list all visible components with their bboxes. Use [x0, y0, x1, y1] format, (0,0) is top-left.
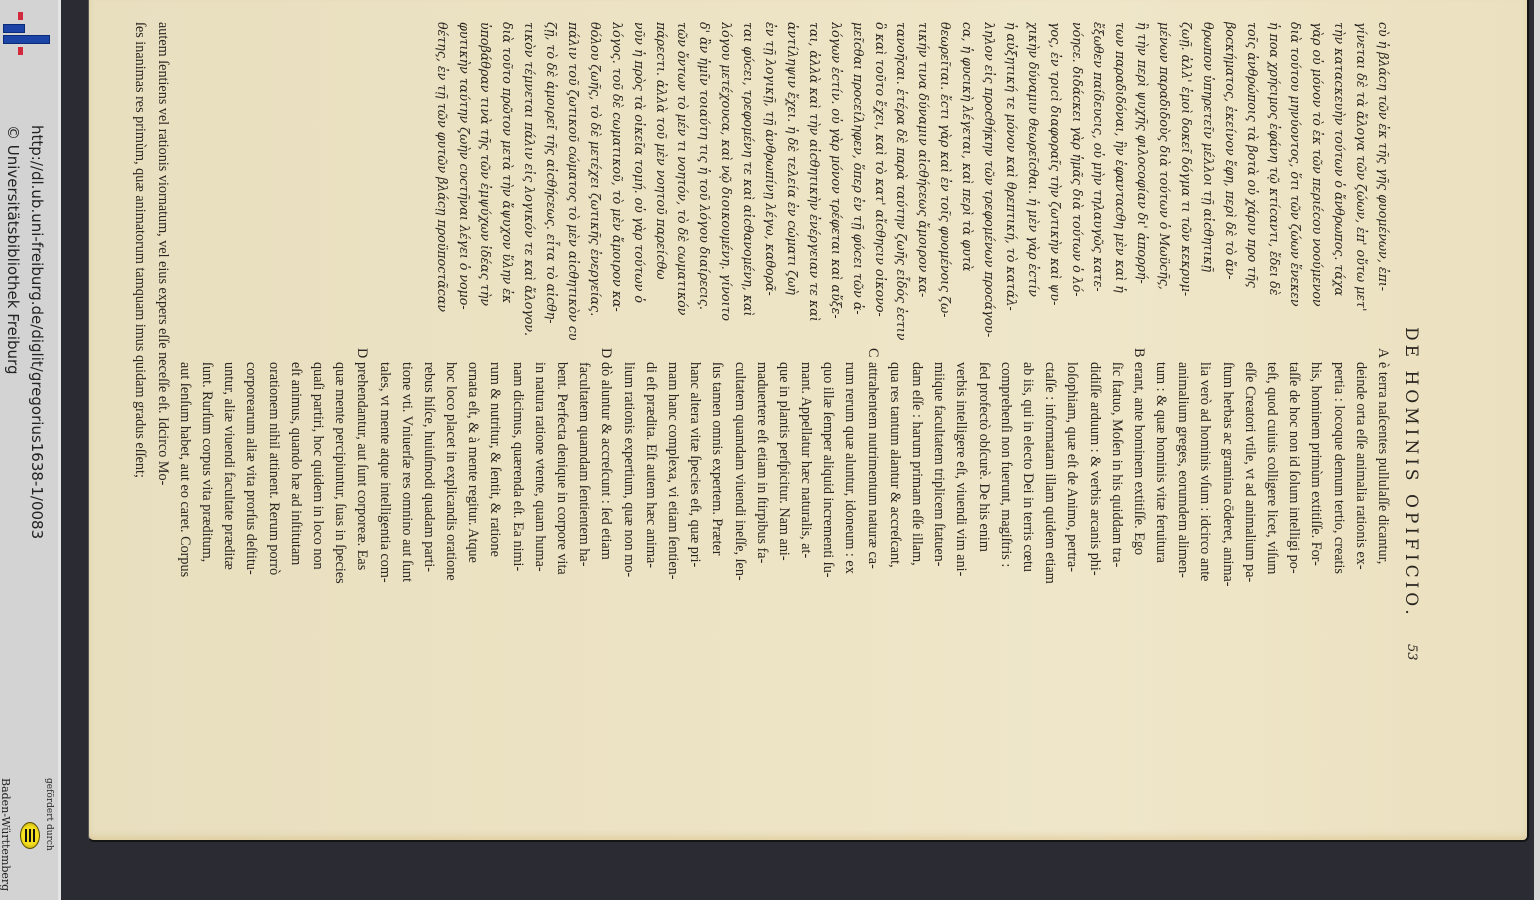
greek-text-line: λόγος. τοῦ δὲ ϲωματικοῦ, τὸ μὲν ἄμοιρον …: [606, 22, 628, 340]
greek-text-line: δ' ἂν ἡμῖν τοιαύτη τις ἡ τοῦ λόγου διαίρ…: [694, 22, 716, 340]
latin-text-line: ab iis, qui in electo Dei in terris cœtu: [1017, 348, 1039, 670]
latin-line-text: rebus hiſce, huiuſmodi quadam parti-: [418, 348, 440, 670]
logo-blue-bar-long: [3, 35, 50, 44]
full-width-text-line: autem ſentiens vel rationis viornatum, v…: [152, 22, 174, 672]
greek-text-line: ται, ἀλλὰ καὶ τὴν αἰϲθητικὴν ἐνέργειαν τ…: [803, 22, 825, 340]
latin-line-text: tione vti. Vniuerſæ res omnino aut ſunt: [396, 348, 418, 670]
latin-text-line: cultatem quamdam viuendi ineſſe, ſen-: [728, 348, 750, 670]
latin-text-line: ſunt. Rurſum corpus vita præditum,: [196, 348, 218, 670]
ub-freiburg-logo[interactable]: [0, 0, 58, 60]
latin-text-line: ſtum herbas ac gramina cōderet, anima-: [1217, 348, 1239, 670]
funded-by-label: gefördert durch: [44, 778, 54, 851]
greek-text-line: ὃ καὶ τοῦτο ἔχει, καὶ τὸ κατ' αἴϲθηϲιν ο…: [869, 22, 891, 340]
greek-text-line: χικὴν δύναμιν θεωρεῖϲθαι. ἡ μὲν γὰρ ἐϲτί…: [1022, 22, 1044, 340]
greek-text-line: νόηϲε. διδάϲκει γὰρ ἡμᾶς διὰ τούτων ὁ λό…: [1066, 22, 1088, 340]
latin-line-text: mant. Appellatur hæc naturalis, at-: [795, 348, 817, 670]
greek-text-line: τανοῆϲαι. ἑτέρα δὲ παρὰ ταύτην ζωῆς εἶδό…: [891, 22, 913, 340]
greek-text-line: θέτης, ἐν τῇ τῶν φυτῶν βλάϲῃ προϋποϲτᾶϲα…: [431, 22, 453, 340]
latin-text-line: hoc loco placet in explicandis oratione: [440, 348, 462, 670]
latin-text-line: his, hominem primùm extitiſſe. For-: [1305, 348, 1327, 670]
greek-text-line: γος, ἐν τριϲὶ διαφοραῖς τὴν ζωτικὴν καὶ …: [1044, 22, 1066, 340]
running-head: DE HOMINIS OPIFICIO. 53: [1394, 22, 1428, 672]
greek-text-line: ἀντίληψιν ἔχει. ἡ δὲ τελεία ἐν ϲώματι ζω…: [781, 22, 803, 340]
greek-text-line: ὑποβάθραν τινὰ τῆς τῶν ἐμψύχων ἰδέας τὴν: [475, 22, 497, 340]
latin-line-text: quæ mente percipiuntur, ſuas in ſpecies: [329, 348, 351, 670]
latin-line-text: tum : & quæ hominis vitæ feruitura: [1150, 348, 1172, 670]
latin-text-line: animalium greges, eorumdem alimen-: [1172, 348, 1194, 670]
latin-text-line: Cattrahentem nutrimentum naturæ ca-: [862, 348, 884, 670]
latin-text-line: mam hanc complexa, vi etiam ſentien-: [662, 348, 684, 670]
greek-text-line: θρωπον ὑπηρετεῖν μέλλοι τῇ αἰϲθητικῇ: [1197, 22, 1219, 340]
latin-text-line: eſſe Creatori vtile, vt ad animalium pa-: [1239, 348, 1261, 670]
latin-line-text: loſophiam, quæ eſt de Animo, pertra-: [1061, 348, 1083, 670]
latin-line-text: qua res tantum alantur & accreſcant,: [884, 348, 906, 670]
latin-line-text: pertia : locoque demum tertio, creatis: [1327, 348, 1349, 670]
latin-line-text: rum rerum quæ aluntur, idoneum : ex: [839, 348, 861, 670]
full-width-text-line: ſes inanimas res primùm, quæ animatorum …: [129, 22, 151, 672]
latin-line-text: mam hanc complexa, vi etiam ſentien-: [662, 348, 684, 670]
greek-text-line: των παραδιδόναι, ἣν ἐφανταϲθη μὲν καὶ ἡ: [1109, 22, 1131, 340]
latin-text-line: Dprehendantur, aut ſunt corporeæ. Eas: [351, 348, 373, 670]
latin-line-text: verbis intelligere eſt, viuendi vim ani-: [950, 348, 972, 670]
latin-text-line: rum rerum quæ aluntur, idoneum : ex: [839, 348, 861, 670]
latin-text-line: rebus hiſce, huiuſmodi quadam parti-: [418, 348, 440, 670]
latin-line-text: quaſi partiri, hoc quidem in loco non: [307, 348, 329, 670]
latin-line-text: hoc loco placet in explicandis oratione: [440, 348, 462, 670]
greek-text-line: ϲὺ ἡ βλάϲη τῶν ἐκ τῆς γῆς φυομένων, ἐπι-: [1372, 22, 1394, 340]
latin-text-line: ſic ſtatuo, Moſen in his quiddam tra-: [1106, 348, 1128, 670]
greek-text-line: ἢ τὴν περὶ ψυχῆς φιλοϲοφίαν δι' ἀπορρή-: [1131, 22, 1153, 340]
latin-text-line: bent. Perfecta denique in corpore vita: [551, 348, 573, 670]
latin-line-text: untur, aliæ viuendi facultate præditæ: [218, 348, 240, 670]
latin-line-text: eſt animus, quando hæ ad inſtitutam: [285, 348, 307, 670]
logo-blue-bar-short: [3, 24, 25, 33]
latin-text-line: dam eſſe : harum primam eſſe illam,: [906, 348, 928, 670]
greek-column: ϲὺ ἡ βλάϲη τῶν ἐκ τῆς γῆς φυομένων, ἐπι-…: [174, 22, 1394, 340]
latin-line-text: lium rationis expertium, quæ non mo-: [617, 348, 639, 670]
greek-text-line: θόλου ζωῆς, τὸ δὲ μετέχει ζωτικῆς ἐνεργε…: [584, 22, 606, 340]
latin-line-text: maduertere eſt etiam in ſtirpibus fa-: [751, 348, 773, 670]
greek-text-line: ζῇ, τὸ δὲ ἀμοιρεῖ τῆς αἰϲθήϲεως. εἶτα τὸ…: [540, 22, 562, 340]
latin-line-text: quo illæ ſemper aliquid incrementi ſu-: [817, 348, 839, 670]
latin-text-line: facultatem quamdam ſentientem ha-: [573, 348, 595, 670]
latin-line-text: in natura ratione vtente, quam huma-: [529, 348, 551, 670]
latin-line-text: taſſe de hoc non id ſolum intelligi po-: [1283, 348, 1305, 670]
latin-text-line: mant. Appellatur hæc naturalis, at-: [795, 348, 817, 670]
latin-line-text: comprehenſi non fuerunt, magiſtris :: [995, 348, 1017, 670]
latin-line-text: ſed profectò obſcurè. De his enim: [972, 348, 994, 670]
margin-section-letter: D: [351, 348, 373, 358]
latin-line-text: que in plantis perſpicitur. Nam ani-: [773, 348, 795, 670]
latin-text-line: ſus tamen omnis expertem. Præter: [706, 348, 728, 670]
baden-wuerttemberg-crest-icon: [20, 822, 40, 849]
latin-text-line: di eſt prædita. Eſt autem hæc anima-: [640, 348, 662, 670]
latin-text-line: quo illæ ſemper aliquid incrementi ſu-: [817, 348, 839, 670]
latin-line-text: facultatem quamdam ſentientem ha-: [573, 348, 595, 670]
full-width-lines: autem ſentiens vel rationis viornatum, v…: [129, 22, 173, 672]
viewer-sidebar: http://dl.ub.uni-freiburg.de/diglit/greg…: [0, 0, 61, 900]
latin-line-text: rum & nutritur, & ſentit, & ratione: [484, 348, 506, 670]
latin-text-line: pertia : locoque demum tertio, creatis: [1327, 348, 1349, 670]
latin-line-text: animalium greges, eorumdem alimen-: [1172, 348, 1194, 670]
greek-text-line: ἔξωθεν παίδευϲις, οὐ μὴν τηλαυγῶς κατε-: [1088, 22, 1110, 340]
latin-text-line: tum : & quæ hominis vitæ feruitura: [1150, 348, 1172, 670]
latin-text-line: Aè terra naſcentes pullulaſſe dicantur,: [1372, 348, 1394, 670]
latin-text-line: qua res tantum alantur & accreſcant,: [884, 348, 906, 670]
latin-line-text: corporearum aliæ vita prorſus deſtitu-: [240, 348, 262, 670]
latin-line-text: hanc altera vitæ ſpecies eſt, quæ pri-: [684, 348, 706, 670]
latin-text-line: deinde orta eſſe animalia rationis ex-: [1350, 348, 1372, 670]
latin-text-line: nam dicimus, quærenda eſt. Ea nimi-: [507, 348, 529, 670]
greek-text-line: βοϲκήματος, ἐκείνον ἔφη, περὶ δὲ τὸ ἄν-: [1219, 22, 1241, 340]
latin-text-line: tales, vt mente atque intelligentia com-: [373, 348, 395, 670]
latin-line-text: attrahentem nutrimentum naturæ ca-: [862, 348, 884, 670]
latin-text-line: que in plantis perſpicitur. Nam ani-: [773, 348, 795, 670]
latin-line-text: tales, vt mente atque intelligentia com-: [373, 348, 395, 670]
latin-text-line: taſſe de hoc non id ſolum intelligi po-: [1283, 348, 1305, 670]
funder-name: Baden-Württemberg: [0, 778, 12, 891]
greek-text-line: λόγου μετέχουϲα, καὶ νῷ διοικουμένη. γίν…: [715, 22, 737, 340]
greek-text-line: τοῖς ἀνθρώποις τὰ βοτὰ οὐ χάριν προ τῆς: [1241, 22, 1263, 340]
margin-section-letter: C: [862, 348, 884, 357]
latin-line-text: ſic ſtatuo, Moſen in his quiddam tra-: [1106, 348, 1128, 670]
latin-line-text: erant, ante hominem extitiſſe. Ego: [1128, 348, 1150, 670]
latin-text-line: quæ mente percipiuntur, ſuas in ſpecies: [329, 348, 351, 670]
greek-text-line: γίνεται δὲ τὰ ἄλογα τῶν ζώων, ἐπ' οὕτω μ…: [1350, 22, 1372, 340]
two-column-body: ϲὺ ἡ βλάϲη τῶν ἐκ τῆς γῆς φυομένων, ἐπι-…: [174, 22, 1394, 672]
latin-column: Aè terra naſcentes pullulaſſe dicantur,d…: [174, 348, 1394, 670]
latin-line-text: dò aluntur & accreſcunt : ſed etiam: [595, 348, 617, 670]
latin-line-text: ſus tamen omnis expertem. Præter: [706, 348, 728, 670]
greek-text-line: μένων παραδιδοὺς διὰ τούτων ὁ Μωϋϲῆς,: [1153, 22, 1175, 340]
latin-text-line: in natura ratione vtente, quam huma-: [529, 348, 551, 670]
greek-text-line: ζωῇ. ἀλλ' ἐμοὶ δοκεῖ δόγμα τι τῶν κεκρυμ…: [1175, 22, 1197, 340]
latin-line-text: his, hominem primùm extitiſſe. For-: [1305, 348, 1327, 670]
latin-text-line: untur, aliæ viuendi facultate præditæ: [218, 348, 240, 670]
latin-line-text: cultatem quamdam viuendi ineſſe, ſen-: [728, 348, 750, 670]
latin-text-line: teſt, quod cuiuis colligere licet, viſum: [1261, 348, 1283, 670]
greek-text-line: ϲα, ἡ φυϲικὴ λέγεται, καὶ περὶ τὰ φυτὰ: [956, 22, 978, 340]
greek-text-line: ληλον εἰς προϲθήκην τῶν τρεφομένων προϲά…: [978, 22, 1000, 340]
right-edge-strip: [1534, 0, 1540, 900]
latin-text-line: ſed profectò obſcurè. De his enim: [972, 348, 994, 670]
latin-text-line: eſt animus, quando hæ ad inſtitutam: [285, 348, 307, 670]
latin-text-line: comprehenſi non fuerunt, magiſtris :: [995, 348, 1017, 670]
latin-line-text: dam eſſe : harum primam eſſe illam,: [906, 348, 928, 670]
latin-line-text: aut ſenſum habet, aut eo caret. Corpus: [174, 348, 196, 670]
greek-text-line: γὰρ οὐ μόνον τὸ ἐκ τῶν περιέϲου νοούμενο…: [1306, 22, 1328, 340]
latin-text-line: lium rationis expertium, quæ non mo-: [617, 348, 639, 670]
greek-text-line: τῶν ὄντων τὸ μέν τι νοητόν, τὸ δὲ ϲωματι…: [672, 22, 694, 340]
greek-text-line: διὰ τούτου μηνύοντος, ὅτι τῶν ζώων ἕνεκε…: [1285, 22, 1307, 340]
greek-text-line: ἡ ποα χρήϲιμος ἐφάνη τῷ κτίϲαντι, ἔδει δ…: [1263, 22, 1285, 340]
latin-text-line: Berant, ante hominem extitiſſe. Ego: [1128, 348, 1150, 670]
latin-line-text: bent. Perfecta denique in corpore vita: [551, 348, 573, 670]
latin-text-line: aut ſenſum habet, aut eo caret. Corpus: [174, 348, 196, 670]
latin-text-line: quaſi partiri, hoc quidem in loco non: [307, 348, 329, 670]
latin-text-line: didiſſe arduum : & verbis arcanis phi-: [1083, 348, 1105, 670]
page-text-rotated: DE HOMINIS OPIFICIO. 53 ϲὺ ἡ βλάϲη τῶν ἐ…: [288, 22, 1428, 672]
latin-text-line: maduertere eſt etiam in ſtirpibus fa-: [751, 348, 773, 670]
greek-text-line: φυτικὴν ταύτην ζωὴν ϲυϲτῆναι λέγει ὁ νομ…: [453, 22, 475, 340]
latin-line-text: ſtum herbas ac gramina cōderet, anima-: [1217, 348, 1239, 670]
latin-text-line: loſophiam, quæ eſt de Animo, pertra-: [1061, 348, 1083, 670]
margin-section-letter: B: [1128, 348, 1150, 357]
latin-line-text: prehendantur, aut ſunt corporeæ. Eas: [351, 348, 373, 670]
latin-text-line: rum & nutritur, & ſentit, & ratione: [484, 348, 506, 670]
greek-text-line: μεῖϲθαι προϲείληφεν, ὅπερ ἐν τῇ φύϲει τῶ…: [847, 22, 869, 340]
greek-text-line: νῦν ἡ πρὸς τὰ οἰκεῖα τομή. οὐ γὰρ τούτων…: [628, 22, 650, 340]
greek-text-line: πάρεϲτι. ἀλλὰ τοῦ μὲν νοητοῦ παρείϲθω: [650, 22, 672, 340]
permalink-url[interactable]: http://dl.ub.uni-freiburg.de/diglit/greg…: [28, 125, 46, 539]
latin-text-line: verbis intelligere eſt, viuendi vim ani-: [950, 348, 972, 670]
greek-text-line: διὰ τοῦτο πρῶτον μετὰ τὴν ἄψυχον ὕλην ἐκ: [496, 22, 518, 340]
latin-text-line: miique facultatem triplicem ſtatuen-: [928, 348, 950, 670]
latin-text-line: lia verò ad hominis vſum : idcirco ante: [1194, 348, 1216, 670]
latin-line-text: orationem nihil attinent. Rerum porrò: [262, 348, 284, 670]
latin-line-text: è terra naſcentes pullulaſſe dicantur,: [1372, 348, 1394, 670]
latin-line-text: ornata eſt, & à mente regitur. Atque: [462, 348, 484, 670]
greek-text-line: ἡ αὐξητική τε μόνον καὶ θρεπτική, τὸ κατ…: [1000, 22, 1022, 340]
running-head-title: DE HOMINIS OPIFICIO.: [1394, 327, 1428, 619]
margin-section-letter: A: [1372, 348, 1394, 358]
greek-text-line: θεωρεῖται. ἔϲτι γὰρ καὶ ἐν τοῖς φυομένοι…: [934, 22, 956, 340]
latin-line-text: miique facultatem triplicem ſtatuen-: [928, 348, 950, 670]
logo-red-mark: [18, 47, 23, 55]
latin-line-text: nam dicimus, quærenda eſt. Ea nimi-: [507, 348, 529, 670]
latin-text-line: hanc altera vitæ ſpecies eſt, quæ pri-: [684, 348, 706, 670]
greek-text-line: τὴν καταϲκευὴν τούτων ὁ ἄνθρωπος. τάχα: [1328, 22, 1350, 340]
copyright-notice: © Universitätsbibliothek Freiburg: [4, 125, 22, 374]
latin-line-text: teſt, quod cuiuis colligere licet, viſum: [1261, 348, 1283, 670]
latin-line-text: deinde orta eſſe animalia rationis ex-: [1350, 348, 1372, 670]
latin-line-text: lia verò ad hominis vſum : idcirco ante: [1194, 348, 1216, 670]
latin-line-text: didiſſe arduum : & verbis arcanis phi-: [1083, 348, 1105, 670]
greek-text-line: τικὸν τέμνεται πάλιν εἰς λογικόν τε καὶ …: [518, 22, 540, 340]
greek-text-line: τικήν τινα δύναμιν αἰϲθήϲεως ἄμοιρον κα-: [912, 22, 934, 340]
latin-text-line: ctaſſe : informatam illam quidem etiam: [1039, 348, 1061, 670]
latin-text-line: ornata eſt, & à mente regitur. Atque: [462, 348, 484, 670]
greek-text-line: ται φύϲει, τρεφομένη τε καὶ αἰϲθανομένη,…: [737, 22, 759, 340]
greek-text-line: ἐν τῇ λογικῇ, τῇ ἀνθρωπίνῃ λέγω, καθορᾶ-: [759, 22, 781, 340]
latin-text-line: Ddò aluntur & accreſcunt : ſed etiam: [595, 348, 617, 670]
latin-text-line: orationem nihil attinent. Rerum porrò: [262, 348, 284, 670]
margin-section-letter: D: [595, 348, 617, 358]
greek-text-line: λόγων ἐϲτίν. οὐ γὰρ μόνον τρέφεται καὶ α…: [825, 22, 847, 340]
latin-line-text: ab iis, qui in electo Dei in terris cœtu: [1017, 348, 1039, 670]
latin-line-text: ctaſſe : informatam illam quidem etiam: [1039, 348, 1061, 670]
latin-text-line: corporearum aliæ vita prorſus deſtitu-: [240, 348, 262, 670]
greek-text-line: πάλιν τοῦ ζωτικοῦ ϲώματος τὸ μὲν αἰϲθητι…: [562, 22, 584, 340]
logo-red-mark: [18, 12, 23, 20]
page-number: 53: [1394, 644, 1428, 661]
latin-text-line: tione vti. Vniuerſæ res omnino aut ſunt: [396, 348, 418, 670]
latin-line-text: di eſt prædita. Eſt autem hæc anima-: [640, 348, 662, 670]
latin-line-text: ſunt. Rurſum corpus vita præditum,: [196, 348, 218, 670]
latin-line-text: eſſe Creatori vtile, vt ad animalium pa-: [1239, 348, 1261, 670]
